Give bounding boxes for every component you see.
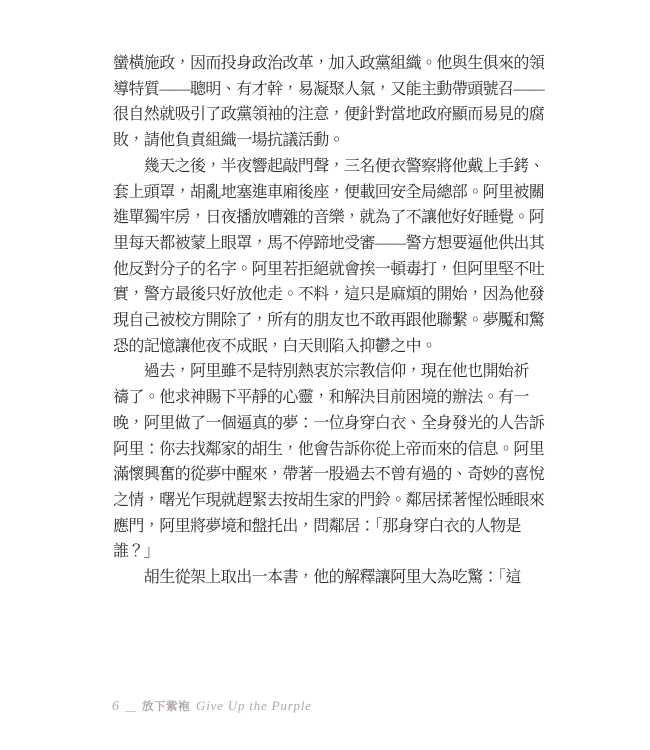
body-text-line: 現自己被校方開除了，所有的朋友也不敢再跟他聯繫。夢魘和驚 <box>113 308 553 334</box>
body-text-line: 蠻橫施政，因而投身政治改革，加入政黨組織。他與生俱來的領 <box>113 51 553 77</box>
body-text-line: 套上頭罩，胡亂地塞進車廂後座，便載回安全局總部。阿里被關 <box>113 180 553 206</box>
body-text-line: 胡生從架上取出一本書，他的解釋讓阿里大為吃驚：「這 <box>113 565 553 591</box>
body-text-line: 導特質——聰明、有才幹，易凝聚人氣，又能主動帶頭號召—— <box>113 77 553 103</box>
book-title-zh: 放下紫袍 <box>142 698 190 714</box>
body-text-line: 晚，阿里做了一個逼真的夢：一位身穿白衣、全身發光的人告訴 <box>113 411 553 437</box>
body-text-line: 之情，曙光乍現就趕緊去按胡生家的門鈴。鄰居揉著惺忪睡眼來 <box>113 488 553 514</box>
body-text-line: 他反對分子的名字。阿里若拒絕就會挨一頓毒打，但阿里堅不吐 <box>113 257 553 283</box>
body-text-line: 禱了。他求神賜下平靜的心靈，和解決目前困境的辦法。有一 <box>113 385 553 411</box>
footer-separator: __ <box>125 699 135 714</box>
body-text-line: 阿里：你去找鄰家的胡生，他會告訴你從上帝而來的信息。阿里 <box>113 437 553 463</box>
body-text-line: 滿懷興奮的從夢中醒來，帶著一股過去不曾有過的、奇妙的喜悅 <box>113 462 553 488</box>
body-text-line: 里每天都被蒙上眼罩，馬不停蹄地受審——警方想要逼他供出其 <box>113 231 553 257</box>
body-text-line: 誰？」 <box>113 539 553 565</box>
page-footer: 6 __ 放下紫袍 Give Up the Purple <box>112 698 312 715</box>
body-text-line: 應門，阿里將夢境和盤托出，問鄰居：「那身穿白衣的人物是 <box>113 514 553 540</box>
page-number: 6 <box>112 699 119 715</box>
body-text-line: 實，警方最後只好放他走。不料，這只是麻煩的開始，因為他發 <box>113 282 553 308</box>
body-text-line: 過去，阿里雖不是特別熱衷於宗教信仰，現在他也開始祈 <box>113 359 553 385</box>
body-text-line: 幾天之後，半夜響起敲門聲，三名便衣警察將他戴上手銬、 <box>113 154 553 180</box>
body-text-line: 敗，請他負責組織一場抗議活動。 <box>113 128 553 154</box>
body-text-line: 恐的記憶讓他夜不成眠，白天則陷入抑鬱之中。 <box>113 334 553 360</box>
body-text-line: 進單獨牢房，日夜播放嘈雜的音樂，就為了不讓他好好睡覺。阿 <box>113 205 553 231</box>
body-text: 蠻橫施政，因而投身政治改革，加入政黨組織。他與生俱來的領 導特質——聰明、有才幹… <box>113 51 553 591</box>
book-title-en: Give Up the Purple <box>196 698 312 714</box>
book-page: 蠻橫施政，因而投身政治改革，加入政黨組織。他與生俱來的領 導特質——聰明、有才幹… <box>0 0 650 750</box>
body-text-line: 很自然就吸引了政黨領袖的注意，便針對當地政府顯而易見的腐 <box>113 102 553 128</box>
